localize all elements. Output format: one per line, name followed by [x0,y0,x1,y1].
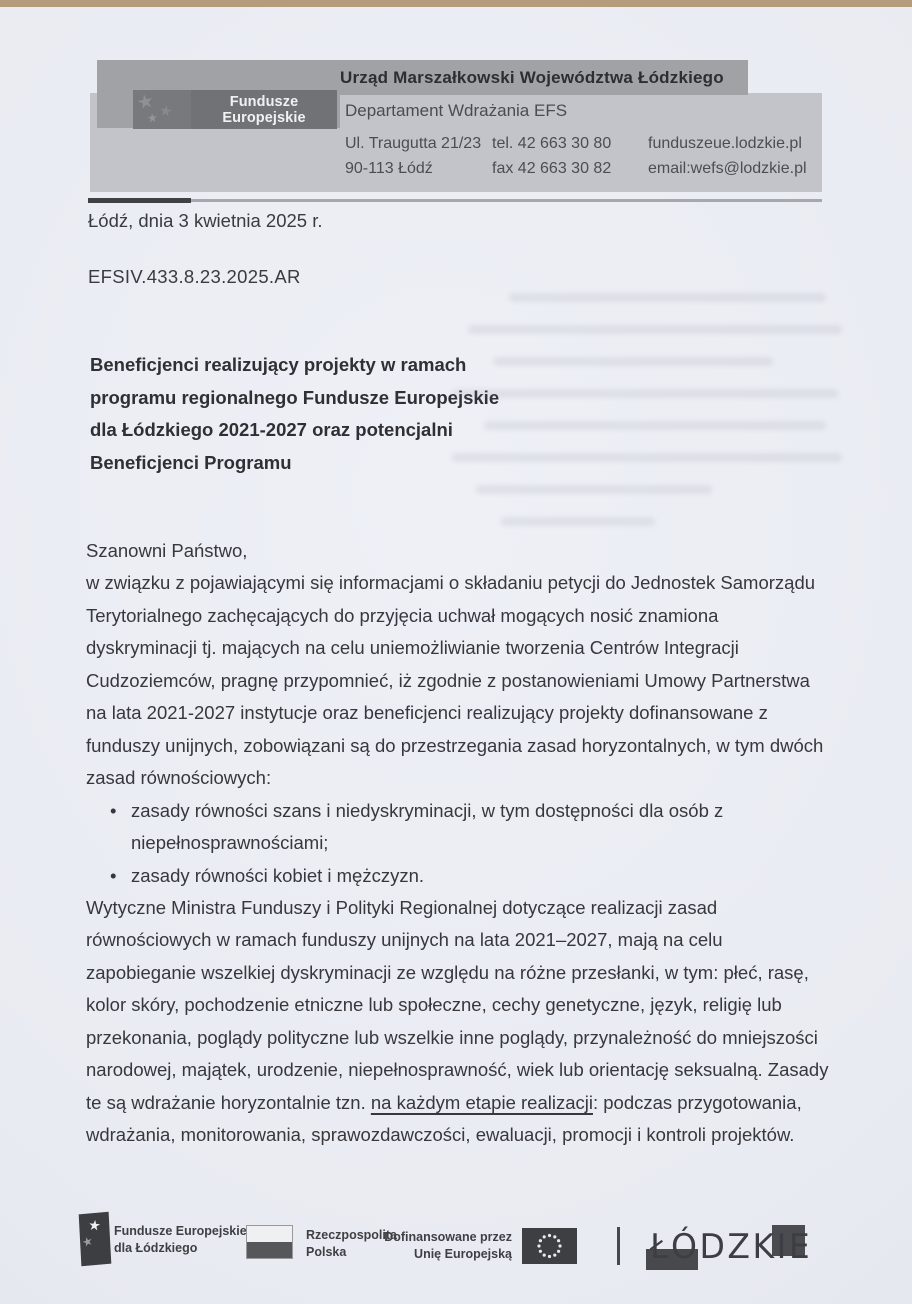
logo-label: Fundusze Europejskie [191,94,337,126]
eu-label-line2: Unię Europejską [384,1246,512,1263]
letter-page: Urząd Marszałkowski Województwa Łódzkieg… [0,7,912,1304]
tail-after: : podczas przygotowania, [593,1092,802,1113]
list-item: • zasady równości kobiet i mężczyzn. [86,860,854,892]
fundusze-europejskie-logo: ★ ★ ★ Fundusze Europejskie [133,90,337,129]
poland-flag-icon [246,1225,293,1259]
lodzkie-logotype: ŁÓDZKIE [646,1221,816,1273]
lodzkie-wordmark: ŁÓDZKIE [650,1227,812,1267]
street-address: Ul. Traugutta 21/23 [345,135,481,153]
bullet-2-text: zasady równości kobiet i mężczyzn. [131,865,424,886]
salutation: Szanowni Państwo, [86,535,854,567]
underlined-phrase: na każdym etapie realizacji [371,1092,593,1113]
eu-funding-label: Dofinansowane przez Unię Europejską [384,1229,512,1262]
paragraph-1: w związku z pojawiającymi się informacja… [86,567,854,794]
star-icon: ★ [81,1234,95,1249]
email: email:wefs@lodzkie.pl [648,160,807,178]
letter-body: Szanowni Państwo, w związku z pojawiając… [86,535,854,1152]
bullet-icon: • [110,795,116,827]
reference-number: EFSIV.433.8.23.2025.AR [88,266,301,288]
bullet-icon: • [110,860,116,892]
fe-label-line1: Fundusze Europejskie [114,1223,247,1240]
scanned-letter-photo: Urząd Marszałkowski Województwa Łódzkieg… [0,0,912,1304]
phone-number: tel. 42 663 30 80 [492,135,611,153]
paragraph-2-tail: te są wdrażanie horyzontalnie tzn. na ka… [86,1087,854,1119]
bleed-through-text [452,293,858,543]
office-name: Urząd Marszałkowski Województwa Łódzkieg… [340,68,724,88]
footer-divider [617,1227,620,1265]
bullet-1-text: zasady równości szans i niedyskryminacji… [131,800,723,853]
tail-before: te są wdrażanie horyzontalnie tzn. [86,1092,371,1113]
website: funduszeue.lodzkie.pl [648,135,802,153]
fax-number: fax 42 663 30 82 [492,160,611,178]
star-icon: ★ [146,112,158,125]
paragraph-2: Wytyczne Ministra Funduszy i Polityki Re… [86,892,854,1087]
eu-label-line1: Dofinansowane przez [384,1229,512,1246]
star-icon: ★ [87,1217,101,1232]
eu-stars-icon: ★ ★ ★ [133,90,191,129]
city-address: 90-113 Łódź [345,160,433,178]
divider-light-segment [191,199,822,202]
eu-flag-icon [522,1228,577,1264]
date-line: Łódź, dnia 3 kwietnia 2025 r. [88,210,323,232]
fundusze-europejskie-lodzkie-label: Fundusze Europejskie dla Łódzkiego [114,1223,247,1256]
fe-label-line2: dla Łódzkiego [114,1240,247,1257]
list-item: • zasady równości szans i niedyskryminac… [86,795,854,860]
star-icon: ★ [158,103,173,120]
department-name: Departament Wdrażania EFS [345,101,567,121]
fundusze-europejskie-lodzkie-flag-icon: ★ ★ [79,1212,112,1267]
paragraph-2-last-line: wdrażania, monitorowania, sprawozdawczoś… [86,1119,854,1151]
divider-dark-segment [88,198,191,203]
